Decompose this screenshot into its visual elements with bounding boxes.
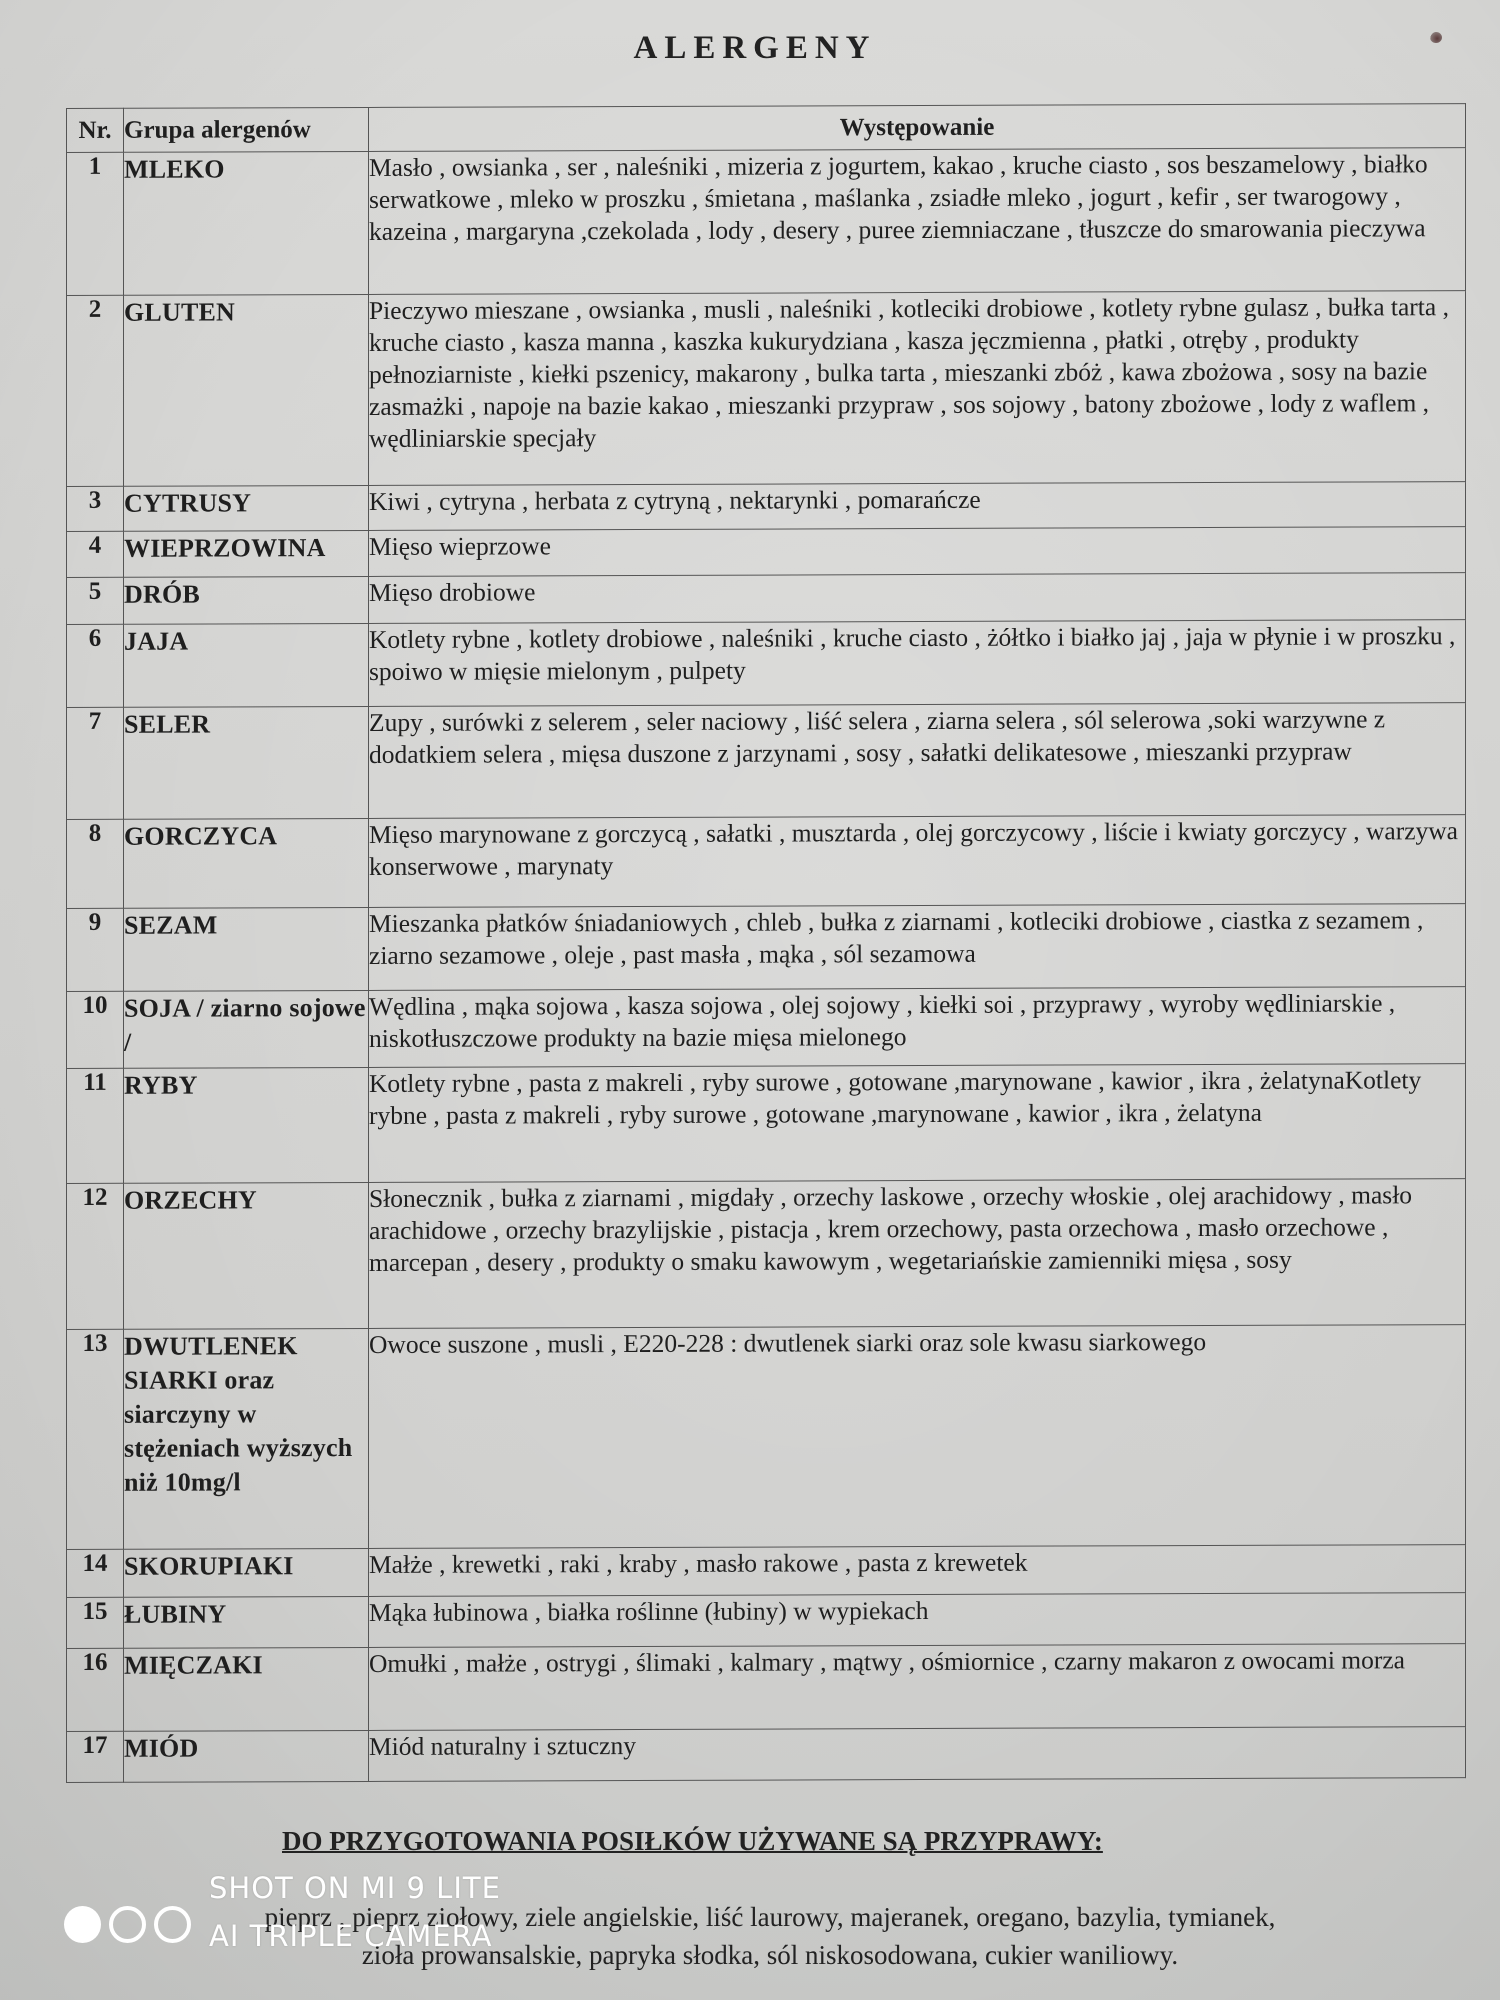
allergen-group: JAJA — [124, 623, 369, 707]
row-number: 8 — [67, 819, 124, 908]
row-number: 9 — [67, 908, 124, 991]
table-row: 15ŁUBINYMąka łubinowa , białka roślinne … — [67, 1593, 1466, 1649]
occurrence-text: Kotlety rybne , kotlety drobiowe , naleś… — [369, 620, 1466, 707]
allergen-group: MIÓD — [124, 1730, 369, 1782]
allergen-group: WIEPRZOWINA — [124, 530, 369, 577]
occurrence-text: Mięso wieprzowe — [369, 527, 1466, 577]
row-number: 1 — [67, 152, 124, 295]
allergen-group: ŁUBINY — [124, 1596, 369, 1648]
allergen-group: RYBY — [124, 1067, 369, 1183]
allergen-group: SEZAM — [124, 907, 369, 991]
table-row: 14SKORUPIAKIMałże , krewetki , raki , kr… — [67, 1545, 1466, 1598]
table-row: 12ORZECHYSłonecznik , bułka z ziarnami ,… — [67, 1179, 1466, 1330]
row-number: 7 — [67, 707, 124, 819]
row-number: 2 — [67, 295, 124, 486]
table-row: 17MIÓDMiód naturalny i sztuczny — [67, 1727, 1466, 1783]
spices-heading: DO PRZYGOTOWANIA POSIŁKÓW UŻYWANE SĄ PRZ… — [282, 1826, 1103, 1857]
occurrence-text: Mięso marynowane z gorczycą , sałatki , … — [369, 815, 1466, 908]
allergen-group: ORZECHY — [124, 1182, 369, 1329]
row-number: 5 — [67, 577, 124, 624]
allergen-group: SKORUPIAKI — [124, 1548, 369, 1597]
table-row: 16MIĘCZAKIOmułki , małże , ostrygi , śli… — [67, 1644, 1466, 1732]
occurrence-text: Mieszanka płatków śniadaniowych , chleb … — [369, 904, 1466, 991]
row-number: 10 — [67, 991, 124, 1068]
filled-circle-icon — [64, 1906, 101, 1943]
row-number: 17 — [67, 1731, 124, 1782]
allergen-group: GLUTEN — [124, 294, 369, 486]
table-row: 13DWUTLENEK SIARKI oraz siarczyny w stęż… — [67, 1325, 1466, 1550]
occurrence-text: Omułki , małże , ostrygi , ślimaki , kal… — [369, 1644, 1466, 1731]
occurrence-text: Wędlina , mąka sojowa , kasza sojowa , o… — [369, 987, 1466, 1068]
occurrence-text: Kotlety rybne , pasta z makreli , ryby s… — [369, 1064, 1466, 1183]
watermark-line-2: AI TRIPLE CAMERA — [209, 1912, 501, 1960]
row-number: 4 — [67, 531, 124, 577]
camera-watermark: SHOT ON MI 9 LITE AI TRIPLE CAMERA — [64, 1864, 501, 1960]
occurrence-text: Owoce suszone , musli , E220-228 : dwutl… — [369, 1325, 1466, 1549]
table-row: 2GLUTENPieczywo mieszane , owsianka , mu… — [67, 291, 1466, 487]
table-row: 5DRÓBMięso drobiowe — [67, 573, 1466, 625]
header-nr: Nr. — [67, 108, 124, 152]
header-group: Grupa alergenów — [124, 107, 369, 152]
occurrence-text: Mąka łubinowa , białka roślinne (łubiny)… — [369, 1593, 1466, 1648]
table-row: 9SEZAMMieszanka płatków śniadaniowych , … — [67, 904, 1466, 992]
table-row: 3CYTRUSYKiwi , cytryna , herbata z cytry… — [67, 482, 1466, 532]
allergen-table: Nr. Grupa alergenów Występowanie 1MLEKOM… — [66, 103, 1466, 1783]
row-number: 11 — [67, 1068, 124, 1183]
row-number: 12 — [67, 1183, 124, 1329]
allergen-group: SOJA / ziarno sojowe / — [124, 990, 369, 1068]
occurrence-text: Słonecznik , bułka z ziarnami , migdały … — [369, 1179, 1466, 1329]
ring-circle-icon — [109, 1906, 146, 1943]
table-row: 7SELERZupy , surówki z selerem , seler n… — [67, 703, 1466, 820]
row-number: 13 — [67, 1329, 124, 1549]
occurrence-text: Mięso drobiowe — [369, 573, 1466, 624]
row-number: 16 — [67, 1648, 124, 1731]
header-occurrence: Występowanie — [369, 104, 1466, 152]
table-row: 4WIEPRZOWINAMięso wieprzowe — [67, 527, 1466, 578]
table-row: 6JAJAKotlety rybne , kotlety drobiowe , … — [67, 620, 1466, 708]
row-number: 6 — [67, 624, 124, 707]
allergen-group: MIĘCZAKI — [124, 1647, 369, 1731]
allergen-group: DWUTLENEK SIARKI oraz siarczyny w stężen… — [124, 1328, 369, 1549]
allergen-group: MLEKO — [124, 151, 369, 295]
allergen-group: GORCZYCA — [124, 818, 369, 908]
table-row: 8GORCZYCAMięso marynowane z gorczycą , s… — [67, 815, 1466, 909]
occurrence-text: Miód naturalny i sztuczny — [369, 1727, 1466, 1782]
occurrence-text: Masło , owsianka , ser , naleśniki , miz… — [369, 148, 1466, 295]
ring-circle-icon — [154, 1906, 191, 1943]
document-title: ALERGENY — [0, 30, 1500, 67]
watermark-line-1: SHOT ON MI 9 LITE — [209, 1864, 501, 1912]
allergen-group: CYTRUSY — [124, 485, 369, 531]
table-row: 10SOJA / ziarno sojowe /Wędlina , mąka s… — [67, 987, 1466, 1069]
occurrence-text: Kiwi , cytryna , herbata z cytryną , nek… — [369, 482, 1466, 531]
table-header-row: Nr. Grupa alergenów Występowanie — [67, 104, 1466, 153]
watermark-text: SHOT ON MI 9 LITE AI TRIPLE CAMERA — [209, 1864, 501, 1960]
table-row: 1MLEKOMasło , owsianka , ser , naleśniki… — [67, 148, 1466, 296]
row-number: 14 — [67, 1549, 124, 1597]
occurrence-text: Pieczywo mieszane , owsianka , musli , n… — [369, 291, 1466, 486]
row-number: 3 — [67, 486, 124, 531]
allergen-group: SELER — [124, 706, 369, 819]
three-circles-logo-icon — [64, 1906, 191, 1943]
occurrence-text: Małże , krewetki , raki , kraby , masło … — [369, 1545, 1466, 1597]
row-number: 15 — [67, 1597, 124, 1648]
occurrence-text: Zupy , surówki z selerem , seler naciowy… — [369, 703, 1466, 819]
allergen-group: DRÓB — [124, 576, 369, 624]
table-row: 11RYBYKotlety rybne , pasta z makreli , … — [67, 1064, 1466, 1184]
